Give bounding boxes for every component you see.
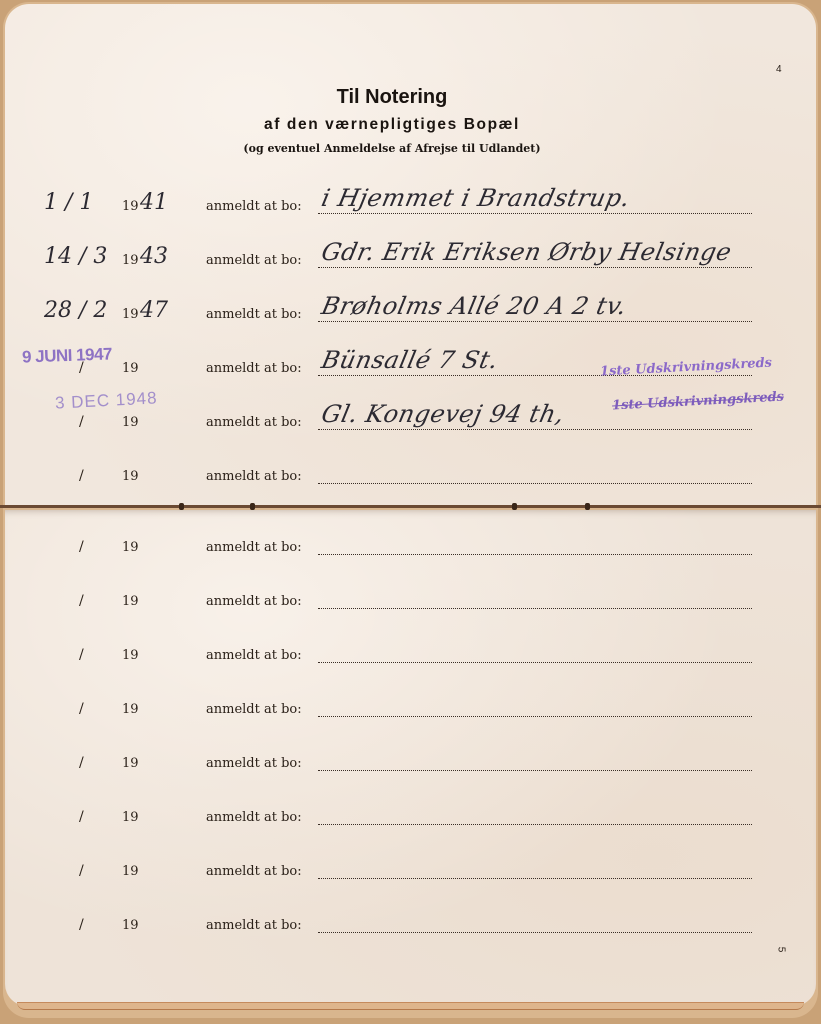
dotted-line bbox=[318, 878, 752, 879]
entry-row: / 19 anmeldt at bo: bbox=[0, 585, 821, 615]
entry-address: Gdr. Erik Eriksen Ørby Helsinge bbox=[319, 238, 734, 266]
field-label: anmeldt at bo: bbox=[206, 864, 302, 879]
field-label: anmeldt at bo: bbox=[206, 918, 302, 933]
entry-year-prefix: 19 bbox=[122, 648, 139, 663]
field-label: anmeldt at bo: bbox=[206, 810, 302, 825]
entry-address: Gl. Kongevej 94 th, bbox=[319, 400, 567, 428]
entry-year-prefix: 19 bbox=[122, 594, 139, 609]
field-label: anmeldt at bo: bbox=[206, 469, 302, 484]
page-edge bbox=[17, 1002, 804, 1010]
field-label: anmeldt at bo: bbox=[206, 199, 302, 214]
dotted-line bbox=[318, 770, 752, 771]
entry-year-prefix: 19 bbox=[122, 469, 139, 484]
stitch bbox=[512, 503, 517, 510]
entry-date: 14 / 3 bbox=[44, 244, 107, 269]
entry-year-prefix: 19 bbox=[122, 540, 139, 555]
entry-date: / bbox=[79, 468, 84, 484]
entry-year-prefix: 19 bbox=[122, 918, 139, 933]
entry-date: / bbox=[79, 414, 84, 430]
entry-year-prefix: 19 bbox=[122, 864, 139, 879]
field-label: anmeldt at bo: bbox=[206, 540, 302, 555]
entry-row: / 19 anmeldt at bo: bbox=[0, 801, 821, 831]
entry-row: / 19 anmeldt at bo: Gl. Kongevej 94 th, bbox=[0, 406, 821, 436]
field-label: anmeldt at bo: bbox=[206, 594, 302, 609]
entry-date: / bbox=[79, 647, 84, 663]
dotted-line bbox=[318, 321, 752, 322]
dotted-line bbox=[318, 375, 752, 376]
field-label: anmeldt at bo: bbox=[206, 648, 302, 663]
entry-row: 1 / 1 19 41 anmeldt at bo: i Hjemmet i B… bbox=[0, 190, 821, 220]
entry-address: Bünsallé 7 St. bbox=[319, 346, 501, 374]
field-label: anmeldt at bo: bbox=[206, 415, 302, 430]
dotted-line bbox=[318, 429, 752, 430]
field-label: anmeldt at bo: bbox=[206, 361, 302, 376]
stitch bbox=[179, 503, 184, 510]
entry-row: 14 / 3 19 43 anmeldt at bo: Gdr. Erik Er… bbox=[0, 244, 821, 274]
entry-year-prefix: 19 bbox=[122, 810, 139, 825]
entry-year-prefix: 19 bbox=[122, 199, 139, 214]
entry-year-prefix: 19 bbox=[122, 253, 139, 268]
page-note: (og eventuel Anmeldelse af Afrejse til U… bbox=[0, 142, 784, 155]
dotted-line bbox=[318, 554, 752, 555]
dotted-line bbox=[318, 716, 752, 717]
dotted-line bbox=[318, 608, 752, 609]
entry-date: / bbox=[79, 701, 84, 717]
entry-row: / 19 anmeldt at bo: bbox=[0, 531, 821, 561]
entry-year-prefix: 19 bbox=[122, 756, 139, 771]
entry-date: / bbox=[79, 917, 84, 933]
dotted-line bbox=[318, 483, 752, 484]
field-label: anmeldt at bo: bbox=[206, 702, 302, 717]
page-number-bottom: 5 bbox=[775, 947, 786, 953]
dotted-line bbox=[318, 213, 752, 214]
entry-row: / 19 anmeldt at bo: bbox=[0, 747, 821, 777]
field-label: anmeldt at bo: bbox=[206, 756, 302, 771]
entry-date: / bbox=[79, 809, 84, 825]
entry-year-suffix: 47 bbox=[140, 298, 168, 323]
entry-date: 1 / 1 bbox=[44, 190, 93, 215]
page-number-top: 4 bbox=[776, 64, 782, 75]
entry-date: / bbox=[79, 755, 84, 771]
entry-row: / 19 anmeldt at bo: bbox=[0, 693, 821, 723]
entry-address: Brøholms Allé 20 A 2 tv. bbox=[319, 292, 629, 320]
page-fold bbox=[0, 505, 821, 508]
entry-year-suffix: 43 bbox=[140, 244, 168, 269]
entry-row: / 19 anmeldt at bo: bbox=[0, 460, 821, 490]
dotted-line bbox=[318, 932, 752, 933]
entry-row: / 19 anmeldt at bo: bbox=[0, 639, 821, 669]
entry-year-prefix: 19 bbox=[122, 702, 139, 717]
entry-address: i Hjemmet i Brandstrup. bbox=[319, 184, 633, 212]
entry-year-suffix: 41 bbox=[140, 190, 168, 215]
dotted-line bbox=[318, 267, 752, 268]
page-subtitle: af den værnepligtiges Bopæl bbox=[0, 116, 784, 134]
entry-date: / bbox=[79, 863, 84, 879]
field-label: anmeldt at bo: bbox=[206, 307, 302, 322]
page-title: Til Notering bbox=[0, 86, 784, 109]
entry-date: 28 / 2 bbox=[44, 298, 107, 323]
date-stamp: 9 JUNI 1947 bbox=[22, 344, 113, 367]
entry-row: / 19 anmeldt at bo: bbox=[0, 855, 821, 885]
entry-date: / bbox=[79, 593, 84, 609]
entry-row: / 19 anmeldt at bo: bbox=[0, 909, 821, 939]
entry-date: / bbox=[79, 539, 84, 555]
entry-year-prefix: 19 bbox=[122, 307, 139, 322]
stitch bbox=[250, 503, 255, 510]
dotted-line bbox=[318, 662, 752, 663]
entry-year-prefix: 19 bbox=[122, 361, 139, 376]
entry-year-prefix: 19 bbox=[122, 415, 139, 430]
stitch bbox=[585, 503, 590, 510]
dotted-line bbox=[318, 824, 752, 825]
entry-row: 28 / 2 19 47 anmeldt at bo: Brøholms All… bbox=[0, 298, 821, 328]
field-label: anmeldt at bo: bbox=[206, 253, 302, 268]
